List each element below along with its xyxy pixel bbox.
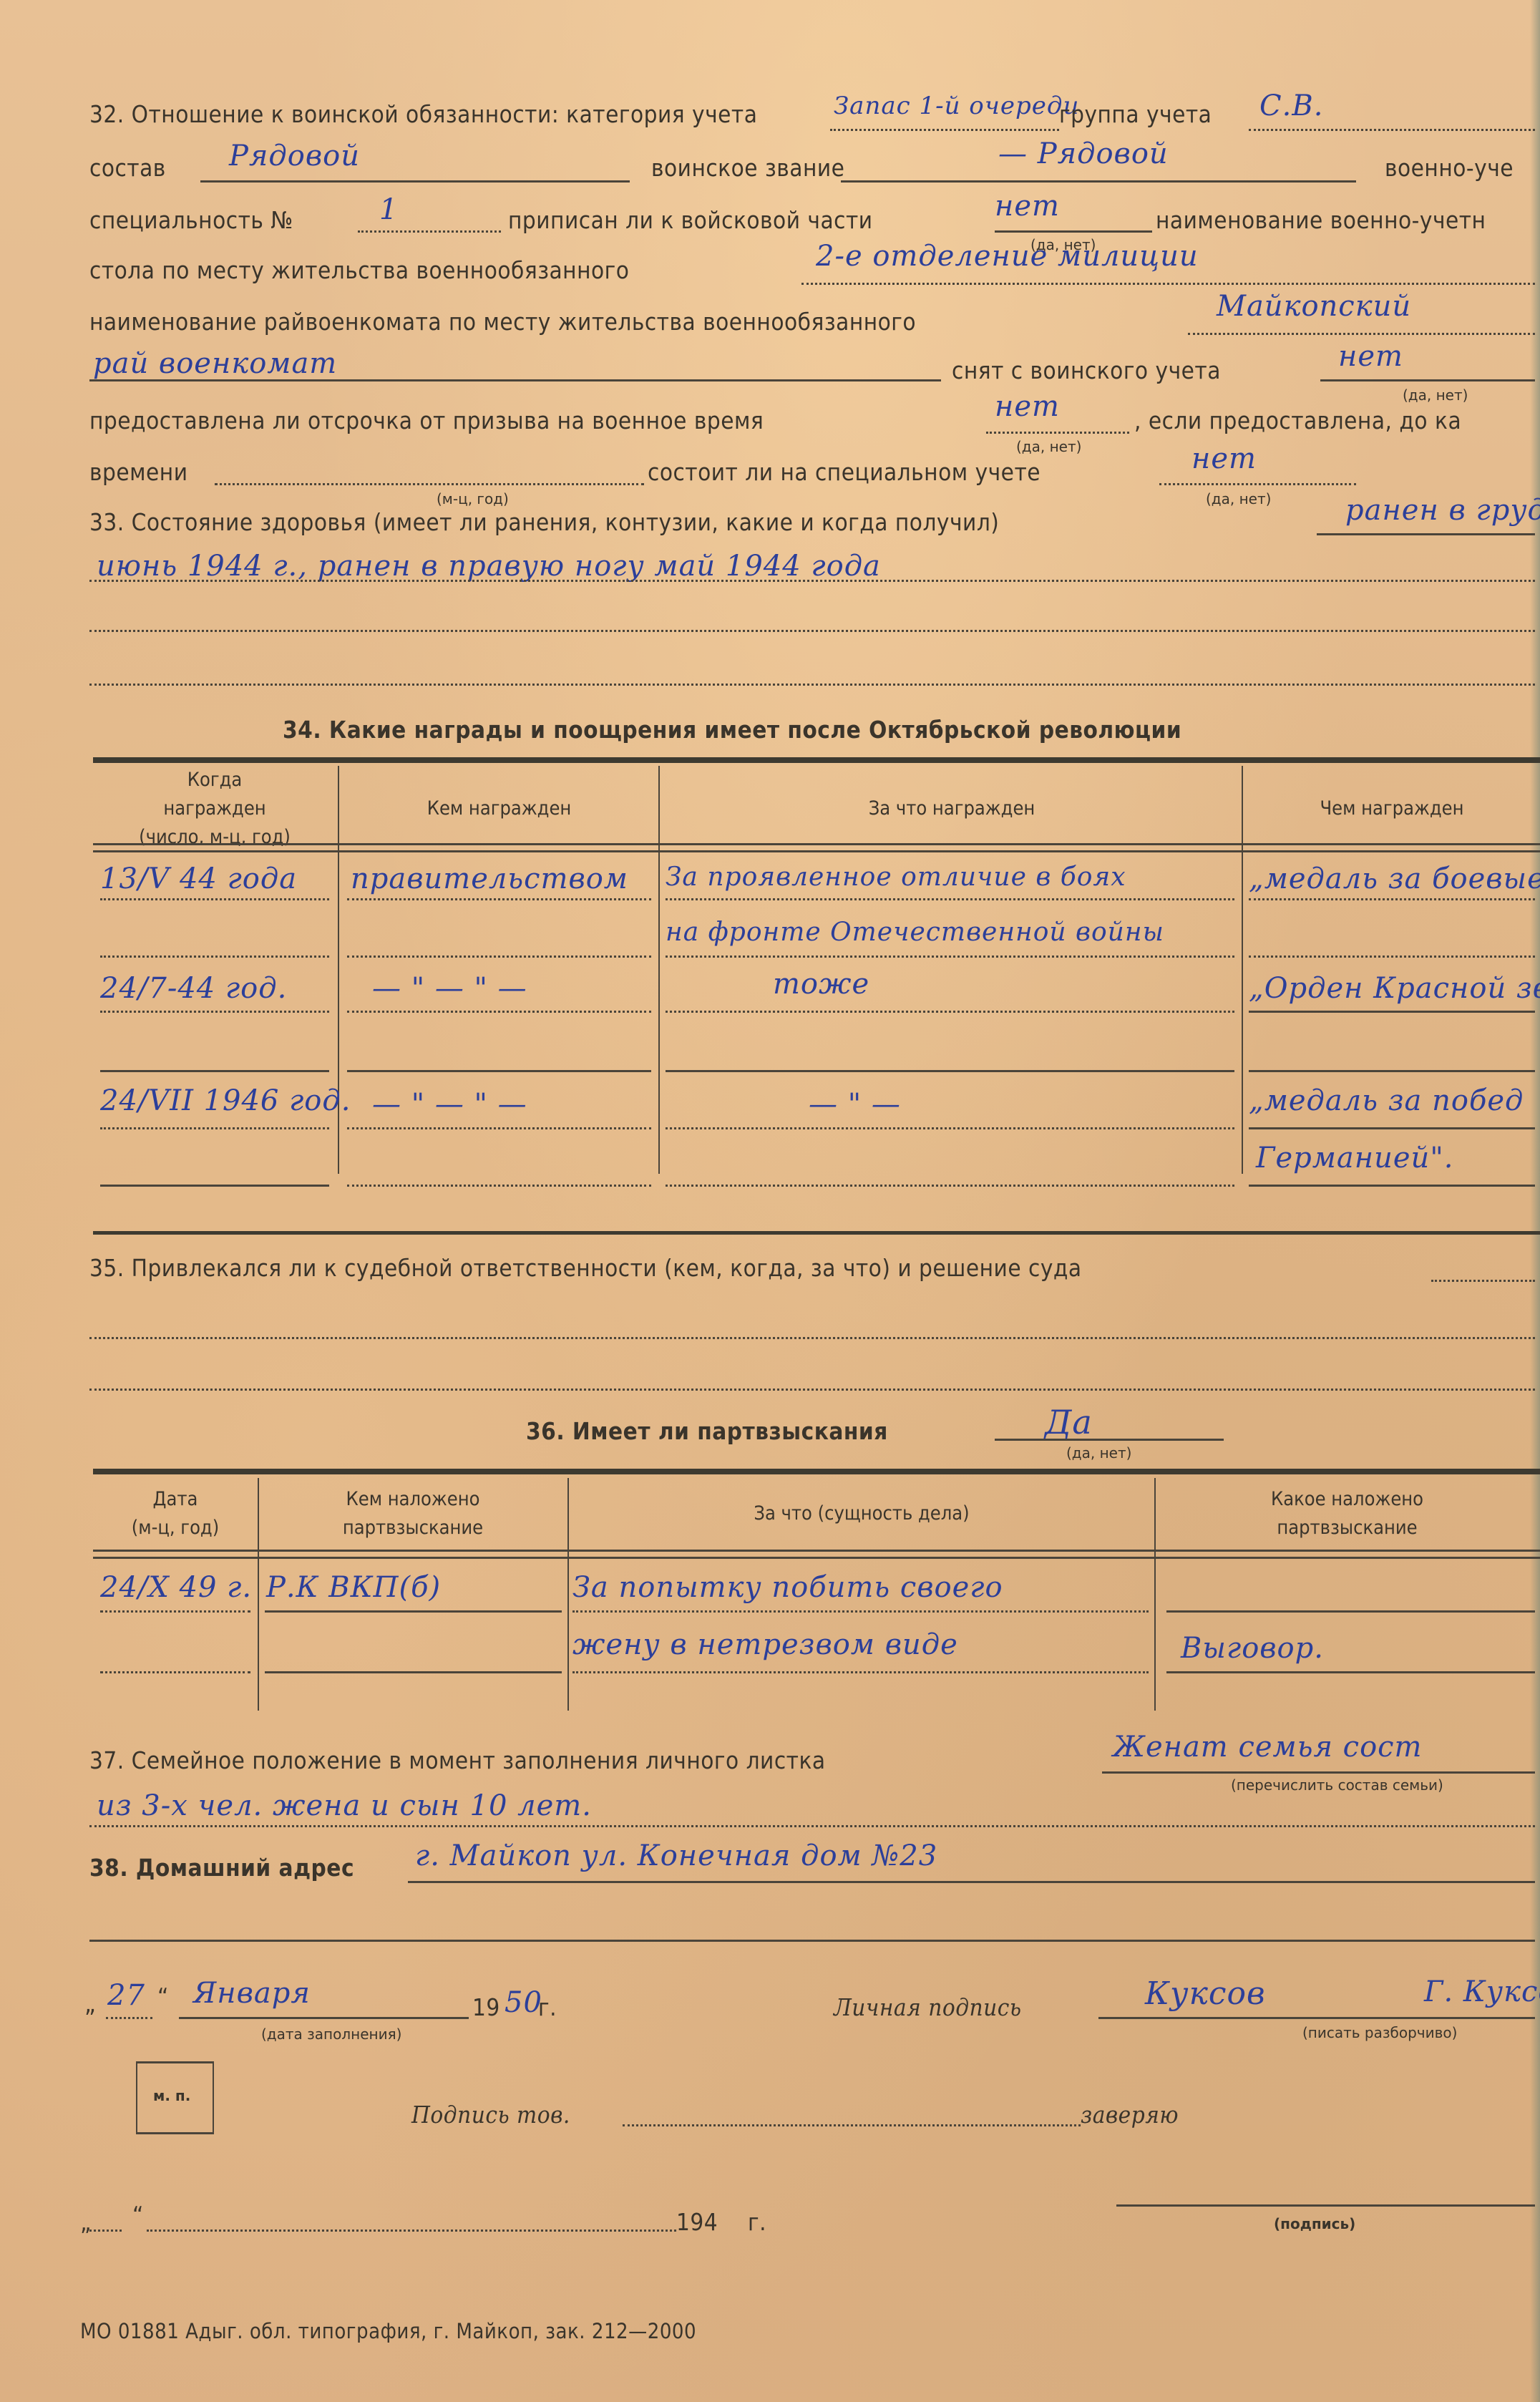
q32-time-hint: (м-ц, год): [437, 490, 509, 507]
q34-row-line: [347, 1185, 651, 1187]
q34-col-divider-3: [1242, 766, 1243, 1174]
q32-composition-label: состав: [89, 154, 166, 182]
q36-row1-what[interactable]: Выговор.: [1181, 1632, 1324, 1665]
q32-rank-value[interactable]: — Рядовой: [998, 137, 1169, 170]
q36-col-by: Кем наложено партвзыскание: [259, 1485, 567, 1542]
footer-signature-hint: (писать разборчиво): [1302, 2024, 1457, 2041]
q36-col-what: Какое наложено партвзыскание: [1156, 1485, 1539, 1542]
q33-line-1: [1317, 533, 1535, 535]
q32-office-value[interactable]: 2-е отделение милиции: [816, 240, 1199, 273]
q32-rvk-line: [1188, 333, 1535, 335]
q32-group-label: группа учета: [1059, 100, 1212, 128]
sign-hint: (подпись): [1274, 2215, 1355, 2232]
date2-day-line: [89, 2230, 122, 2232]
q32-deferment-line: [986, 432, 1129, 434]
q32-rvk-value-1[interactable]: Майкопский: [1217, 290, 1411, 323]
stamp-label: м. п.: [153, 2087, 190, 2104]
footer-month-line: [179, 2017, 469, 2019]
q34-row-line: [100, 898, 329, 900]
date2-year: 194: [676, 2208, 718, 2236]
q38-value[interactable]: г. Майкоп ул. Конечная дом №23: [415, 1839, 937, 1872]
q32-removed-label: снят с воинского учета: [952, 356, 1221, 384]
q36-hint: (да, нет): [1066, 1444, 1131, 1462]
q32-vus-value[interactable]: 1: [379, 193, 398, 226]
q32-unit-value[interactable]: нет: [995, 190, 1060, 223]
sign-line: [1116, 2204, 1535, 2207]
q34-col-for: За что награжден: [662, 794, 1242, 823]
q36-row1-by[interactable]: Р.К ВКП(б): [266, 1571, 441, 1604]
q34-col-award: Чем награжден: [1245, 794, 1539, 823]
q36-row-line: [1166, 1610, 1535, 1613]
q34-row-line: [100, 1185, 329, 1187]
q34-row3-by[interactable]: — " — " —: [372, 1088, 527, 1121]
q35-line-3: [89, 1389, 1535, 1391]
date2-suffix: г.: [748, 2208, 766, 2236]
q32-deferment-hint: (да, нет): [1016, 438, 1081, 455]
q32-composition-line: [200, 180, 630, 183]
q36-row-line: [572, 1610, 1149, 1613]
q32-office-label-1: наименование военно-учетн: [1156, 206, 1486, 234]
q36-row1-for-2[interactable]: жену в нетрезвом виде: [572, 1628, 958, 1661]
q32-rank-line: [841, 180, 1356, 183]
q36-row-line: [572, 1671, 1149, 1673]
q32-rank-label: воинское звание: [651, 154, 844, 182]
q36-col-for: За что (сущность дела): [569, 1499, 1154, 1528]
q34-header-rule-1: [93, 843, 1540, 845]
q35-line-1: [1431, 1280, 1535, 1282]
footer-day-line: [106, 2017, 152, 2019]
q37-hint: (перечислить состав семьи): [1231, 1776, 1443, 1794]
q34-row-line: [1249, 1127, 1535, 1129]
q36-row-line: [1166, 1671, 1535, 1673]
q34-row-line: [347, 898, 651, 900]
q34-row2-by[interactable]: — " — " —: [372, 972, 527, 1005]
q32-time-label: времени: [89, 458, 188, 486]
q32-special-label: состоит ли на специальном учете: [648, 458, 1041, 486]
q32-rvk-label: наименование райвоенкомата по месту жите…: [89, 308, 916, 336]
q38-line-2: [89, 1940, 1535, 1942]
q34-row-line: [666, 1185, 1234, 1187]
q36-col-date: Дата (м-ц, год): [93, 1485, 258, 1542]
q32-office-label-2: стола по месту жительства военнообязанно…: [89, 256, 629, 284]
q34-row-line: [1249, 898, 1535, 900]
date2-month-line: [147, 2230, 676, 2232]
q32-special-line: [1159, 483, 1356, 485]
q33-value-2[interactable]: июнь 1944 г., ранен в правую ногу май 19…: [97, 550, 881, 583]
q34-row2-date[interactable]: 24/7-44 год.: [100, 972, 287, 1005]
footer-signature-line: [1098, 2017, 1535, 2019]
q34-col-when: Когда награжден (число, м-ц, год): [93, 766, 336, 852]
q32-removed-line: [1320, 379, 1535, 381]
q32-time-line: [215, 483, 644, 485]
q35-label: 35. Привлекался ли к судебной ответствен…: [89, 1254, 1082, 1282]
q32-office-line: [801, 283, 1535, 285]
q32-unit-line: [995, 230, 1152, 233]
q37-line-1: [1102, 1771, 1535, 1774]
footer-month[interactable]: Января: [193, 1977, 311, 2010]
q34-row-line: [666, 1127, 1234, 1129]
q34-row-line: [666, 1011, 1234, 1013]
footer-year-suffix: г.: [538, 1993, 557, 2021]
footer-date-hint: (дата заполнения): [261, 2026, 401, 2043]
q34-row1-date[interactable]: 13/V 44 года: [100, 862, 297, 895]
q32-rvk-line-2: [89, 379, 941, 381]
q33-line-4: [89, 684, 1535, 686]
q36-label: 36. Имеет ли партвзыскания: [526, 1417, 888, 1445]
q34-top-rule: [93, 757, 1540, 763]
q36-value[interactable]: Да: [1045, 1403, 1093, 1441]
q35-line-2: [89, 1337, 1535, 1339]
q36-row-line: [265, 1610, 562, 1613]
q32-unit-label: приписан ли к войсковой части: [508, 206, 873, 234]
q34-row-line: [347, 956, 651, 958]
q32-deferment-until-label: , если предоставлена, до ка: [1134, 407, 1461, 434]
q32-rvk-value-2[interactable]: рай военкомат: [93, 347, 337, 380]
q36-row-line: [100, 1671, 250, 1673]
q33-line-2: [89, 580, 1535, 582]
q34-row2-for[interactable]: тоже: [773, 968, 869, 1001]
q32-category-value[interactable]: Запас 1-й очереди: [834, 92, 1079, 120]
q34-row1-for-1[interactable]: За проявленное отличие в боях: [666, 862, 1126, 892]
q37-line-2: [89, 1825, 1535, 1827]
q34-row3-award-2[interactable]: Германией".: [1256, 1142, 1453, 1175]
q34-bottom-rule: [93, 1231, 1540, 1235]
q32-removed-value[interactable]: нет: [1338, 340, 1403, 373]
q32-deferment-label: предоставлена ли отсрочка от призыва на …: [89, 407, 764, 434]
q38-label: 38. Домашний адрес: [89, 1854, 354, 1882]
q34-row-line: [100, 956, 329, 958]
date-open-quote: „: [84, 1990, 96, 2018]
q34-row-line: [347, 1011, 651, 1013]
q32-group-line: [1249, 129, 1535, 131]
q36-header-rule-1: [93, 1550, 1540, 1552]
footer-year-printed: 19: [472, 1993, 500, 2021]
q34-row-line: [1249, 1070, 1535, 1072]
q34-row-line: [100, 1011, 329, 1013]
q36-row-line: [100, 1610, 250, 1613]
q34-col-by: Кем награжден: [340, 794, 658, 823]
q38-line-1: [408, 1881, 1535, 1883]
q37-value-2[interactable]: из 3-х чел. жена и сын 10 лет.: [97, 1789, 592, 1822]
q34-row-line: [100, 1127, 329, 1129]
footer-signature[interactable]: Куксов: [1145, 1975, 1266, 2012]
q34-row-line: [1249, 1011, 1535, 1013]
certify-suffix: заверяю: [1081, 2101, 1179, 2129]
q32-special-hint: (да, нет): [1206, 490, 1271, 507]
q32-group-value[interactable]: С.В.: [1259, 89, 1323, 122]
q34-row-line: [666, 898, 1234, 900]
q37-value-1[interactable]: Женат семья сост: [1113, 1731, 1422, 1764]
q36-line: [995, 1439, 1224, 1441]
date2-close-quote: “: [132, 2201, 144, 2229]
q34-row3-award[interactable]: „медаль за побед: [1249, 1084, 1524, 1117]
q34-row1-award[interactable]: „медаль за боевые з: [1249, 862, 1540, 895]
q32-special-value[interactable]: нет: [1191, 442, 1257, 475]
q34-row-line: [347, 1127, 651, 1129]
q32-vus-line: [358, 230, 501, 233]
q34-row-line: [1249, 1185, 1535, 1187]
page-edge-shadow: [1530, 0, 1540, 2402]
q32-category-line: [830, 129, 1059, 131]
q32-label: 32. Отношение к воинской обязанности: ка…: [89, 100, 757, 128]
printer-imprint: МО 01881 Адыг. обл. типография, г. Майко…: [80, 2319, 696, 2343]
date-close-quote: “: [157, 1983, 169, 2010]
q34-col-divider-2: [658, 766, 660, 1174]
q34-row-line: [1249, 956, 1535, 958]
footer-signature-label: Личная подпись: [834, 1993, 1022, 2021]
q32-removed-hint: (да, нет): [1403, 386, 1468, 404]
q36-header-rule-2: [93, 1557, 1540, 1559]
q36-row1-date[interactable]: 24/X 49 г.: [100, 1571, 252, 1604]
q36-top-rule: [93, 1469, 1540, 1474]
q32-vus-label-1: военно-уче: [1385, 154, 1514, 182]
date2-open-quote: „: [80, 2208, 92, 2236]
q34-row-line: [100, 1070, 329, 1072]
q34-row-line: [666, 1070, 1234, 1072]
q34-header-rule-2: [93, 850, 1540, 852]
q33-value-1[interactable]: ранен в грудь: [1345, 494, 1540, 527]
certify-label: Подпись тов.: [411, 2101, 570, 2129]
q34-row-line: [666, 956, 1234, 958]
q34-row-line: [347, 1070, 651, 1072]
stamp-box: м. п.: [136, 2061, 214, 2134]
footer-signature-name[interactable]: Г. Куксов: [1424, 1975, 1540, 2008]
q32-composition-value[interactable]: Рядовой: [229, 140, 360, 172]
q36-row1-for-1[interactable]: За попытку побить своего: [572, 1571, 1003, 1604]
q34-row1-by[interactable]: правительством: [351, 862, 628, 895]
footer-year-value[interactable]: 50: [505, 1986, 542, 2019]
q33-label: 33. Состояние здоровья (имеет ли ранения…: [89, 508, 999, 536]
q34-title: 34. Какие награды и поощрения имеет посл…: [283, 716, 1181, 744]
q34-row3-for[interactable]: — " —: [809, 1088, 901, 1121]
q36-row-line: [265, 1671, 562, 1673]
q33-line-3: [89, 630, 1535, 632]
q32-deferment-value[interactable]: нет: [995, 390, 1060, 423]
q34-row1-for-2[interactable]: на фронте Отечественной войны: [666, 918, 1164, 947]
q32-vus-label-2: специальность №: [89, 206, 293, 234]
footer-day[interactable]: 27: [107, 1979, 145, 2012]
certify-line: [623, 2124, 1081, 2126]
q37-label: 37. Семейное положение в момент заполнен…: [89, 1746, 826, 1774]
q34-row2-award[interactable]: „Орден Красной звез: [1249, 972, 1540, 1005]
q34-row3-date[interactable]: 24/VII 1946 год.: [100, 1084, 351, 1117]
